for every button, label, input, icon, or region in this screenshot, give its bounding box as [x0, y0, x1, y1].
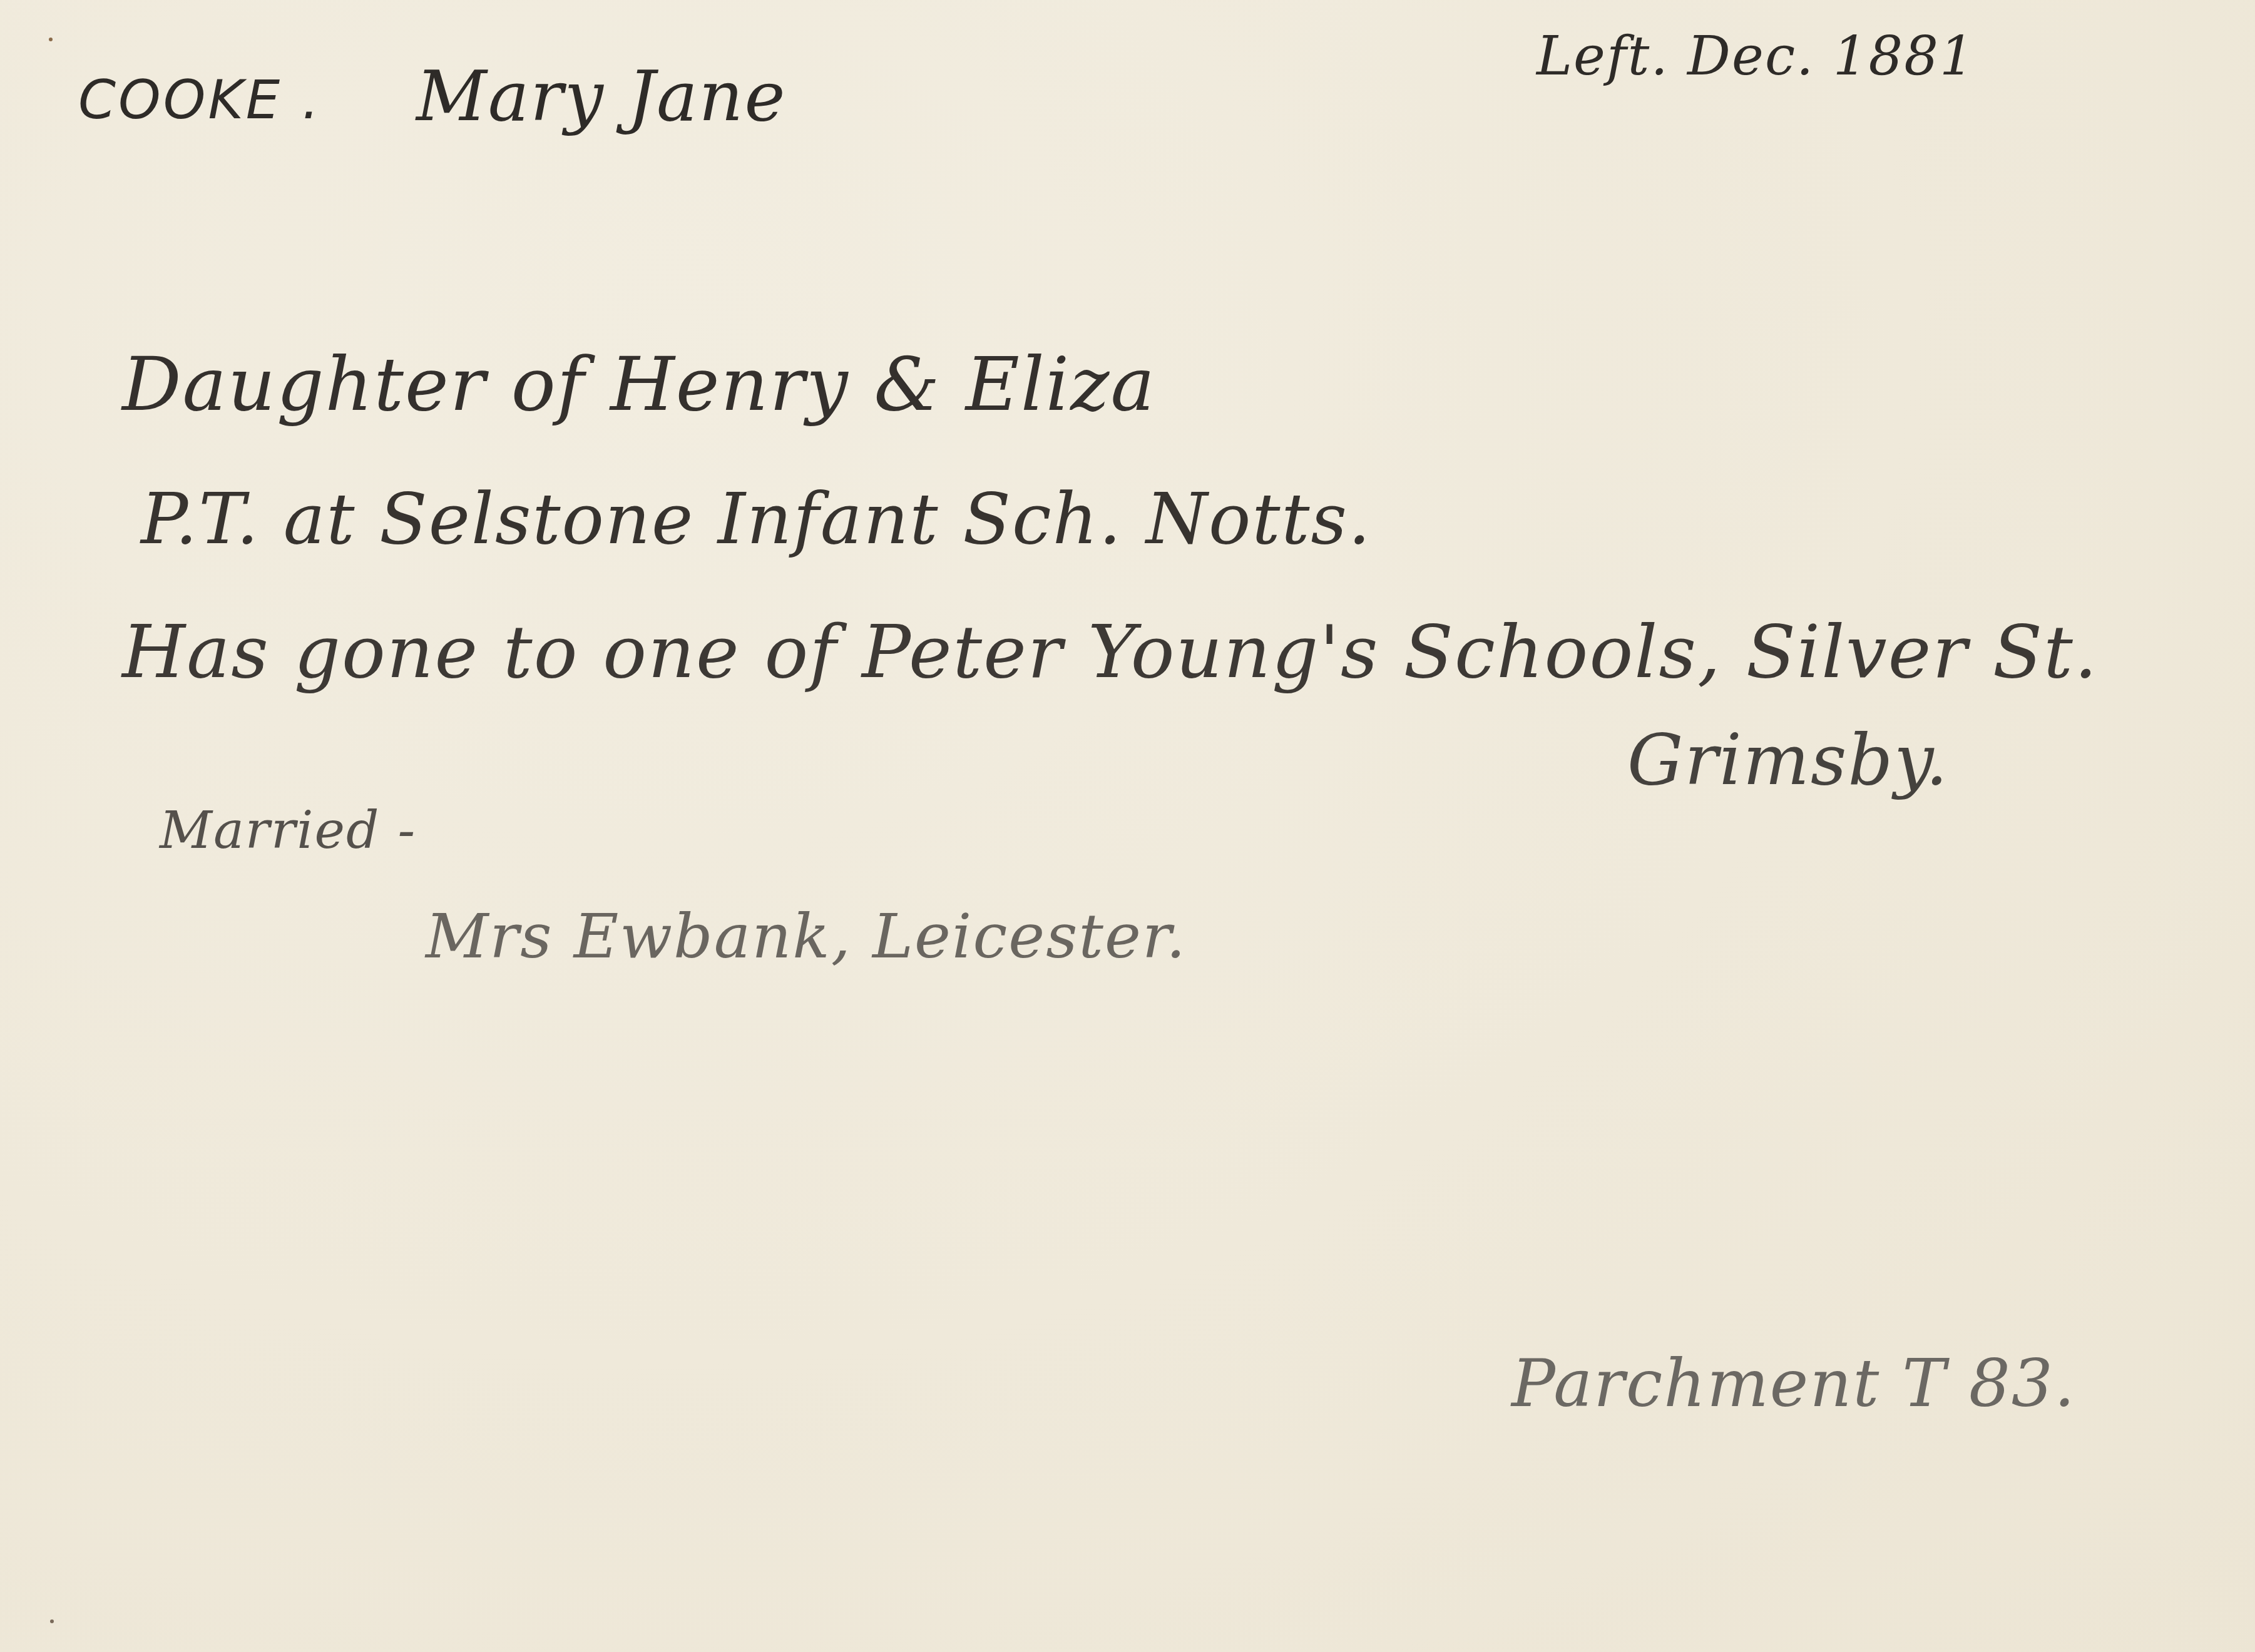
given-names: Mary Jane	[416, 56, 787, 136]
parentage-line: Daughter of Henry & Eliza	[122, 341, 1156, 427]
register-page: COOKE . Mary Jane Left. Dec. 1881 Daught…	[0, 0, 2255, 1652]
position-line: P.T. at Selstone Infant Sch. Notts.	[141, 479, 1372, 560]
surname: COOKE .	[78, 69, 322, 131]
parchment-note: Parchment T 83.	[1511, 1345, 2076, 1422]
left-date: Left. Dec. 1881	[1537, 25, 1975, 88]
paper-speck	[49, 38, 53, 41]
married-name: Mrs Ewbank, Leicester.	[426, 901, 1187, 972]
destination-town: Grimsby.	[1627, 720, 1949, 801]
married-label: Married -	[160, 801, 416, 860]
destination-line: Has gone to one of Peter Young's Schools…	[122, 610, 2099, 695]
paper-speck	[50, 1619, 54, 1623]
